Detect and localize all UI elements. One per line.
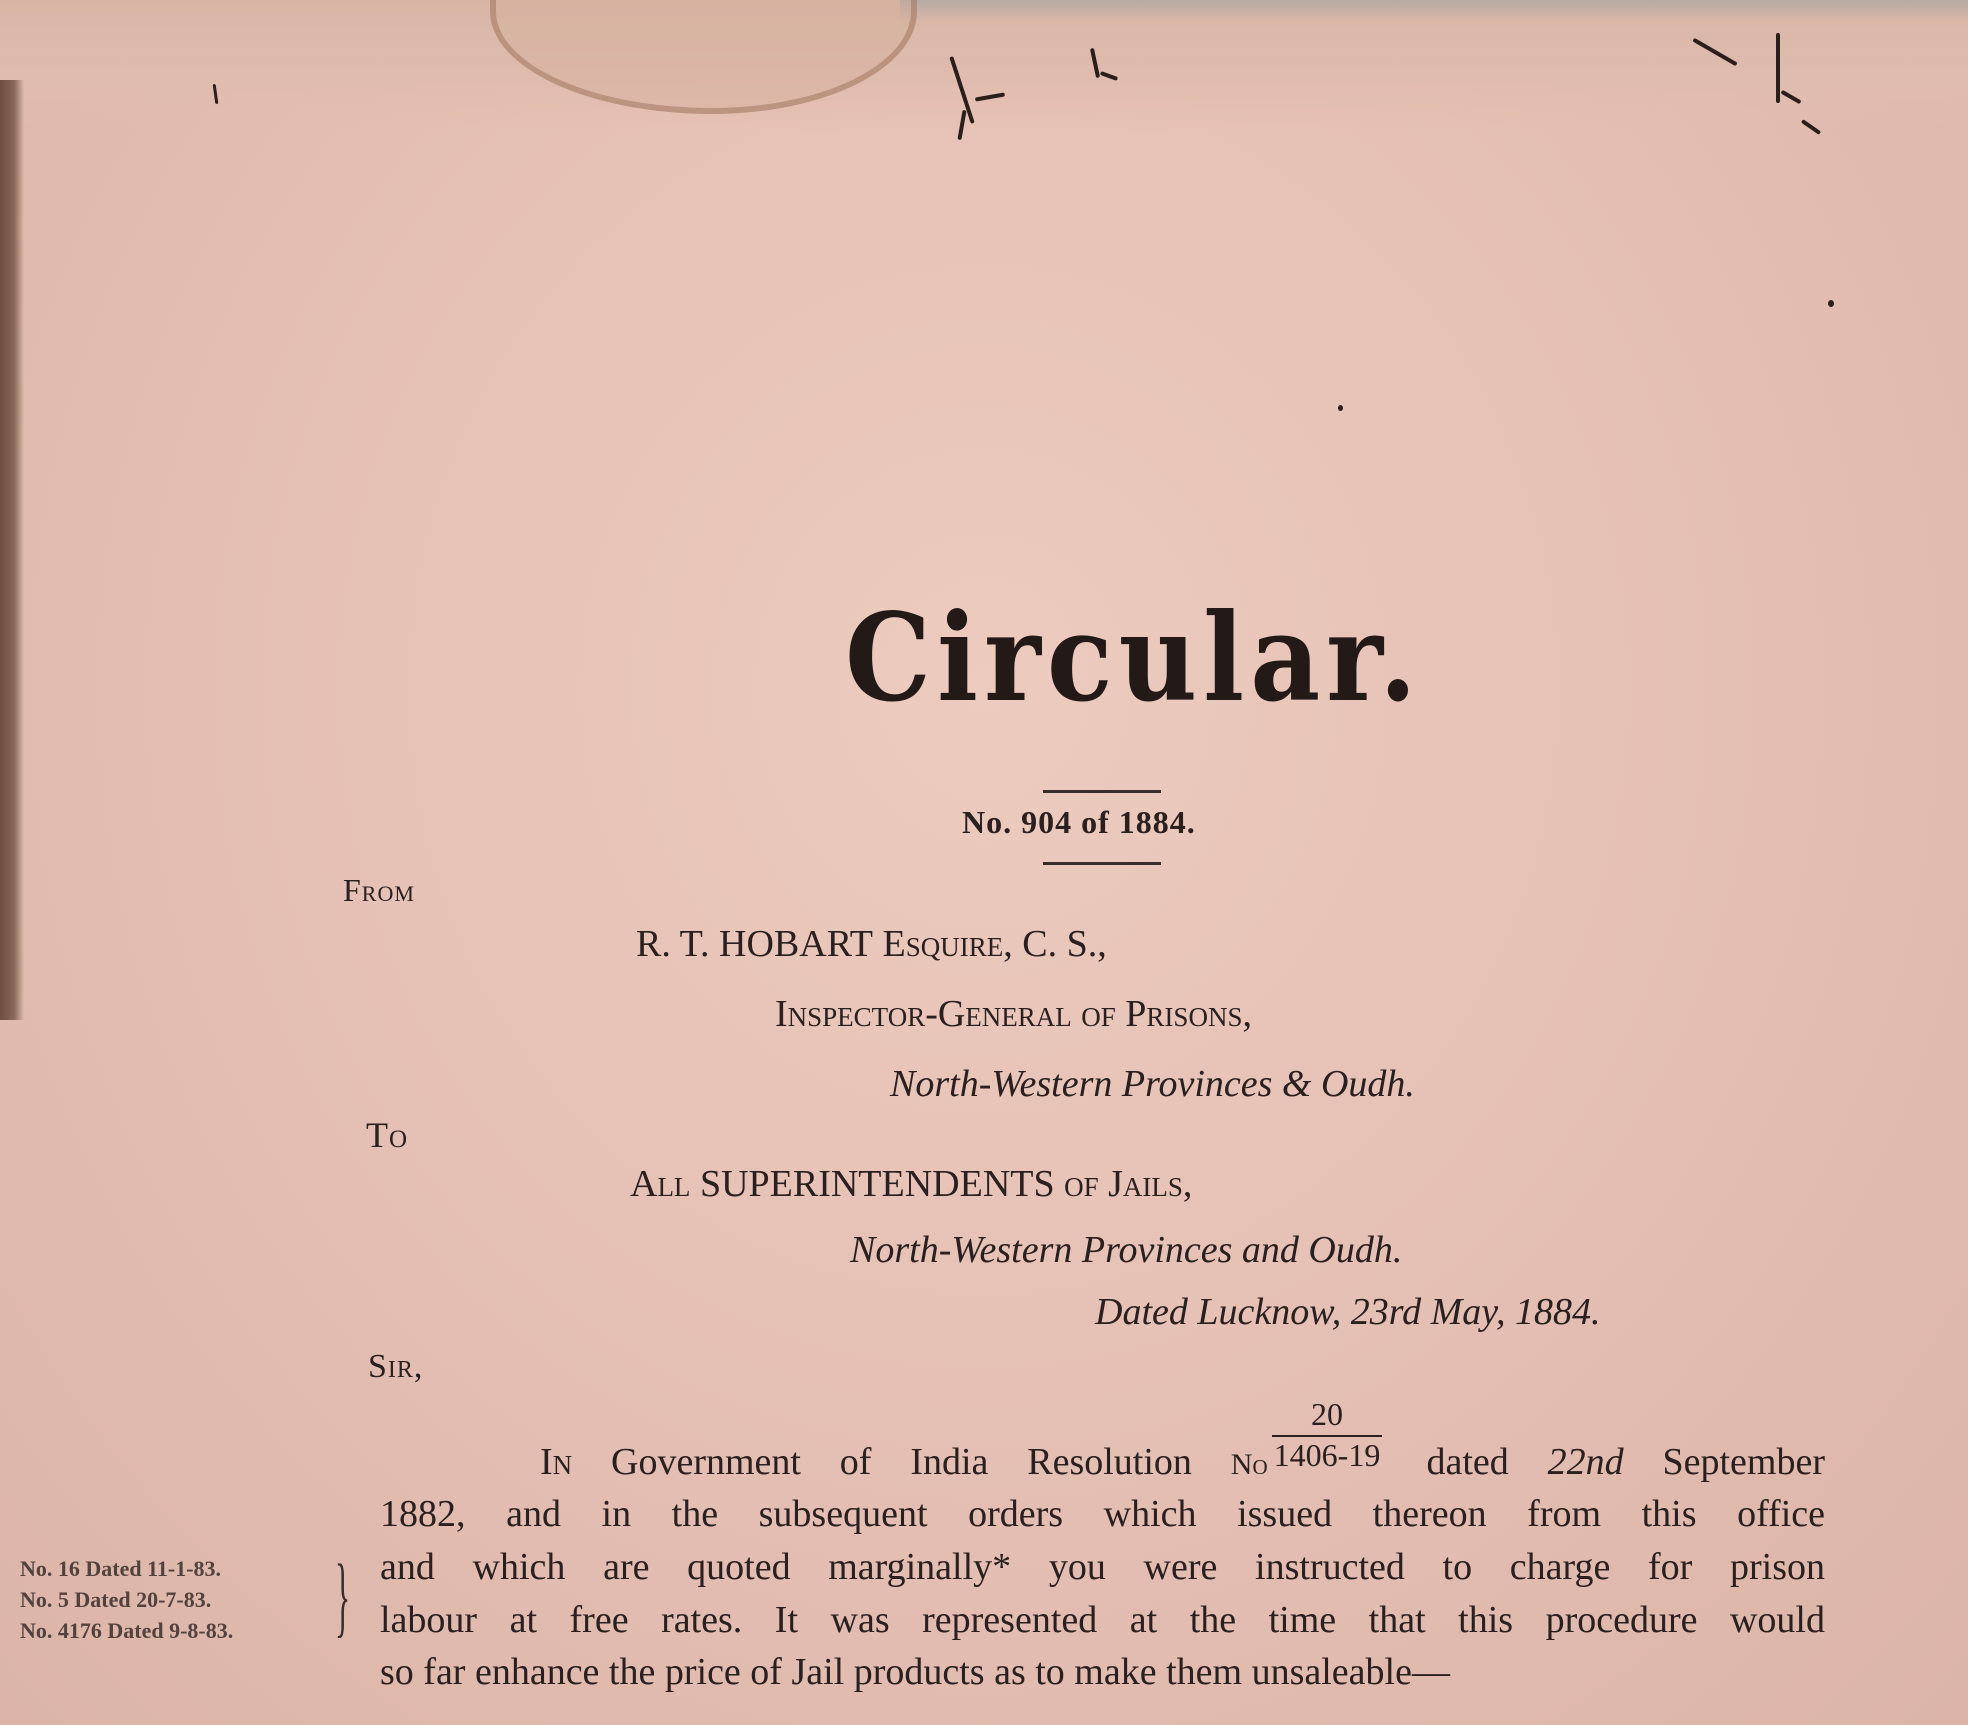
body-no-abbrev: No	[1231, 1448, 1268, 1481]
body-line-3: and which are quoted marginally* you wer…	[380, 1545, 1825, 1589]
recipient-region: North-Western Provinces and Oudh.	[850, 1228, 1402, 1272]
sender-name-main: R. T. HOBART	[636, 923, 873, 965]
body-line-5: so far enhance the price of Jail product…	[380, 1650, 1825, 1694]
sender-title: Esquire, C. S.,	[873, 923, 1107, 965]
body-text: dated	[1388, 1441, 1548, 1483]
title-rule-bottom	[1043, 862, 1161, 865]
marginal-note-line: No. 5 Dated 20-7-83.	[20, 1584, 233, 1615]
body-line-4: labour at free rates. It was represented…	[380, 1598, 1825, 1642]
fraction-numerator: 20	[1272, 1396, 1382, 1435]
sender-region: North-Western Provinces & Oudh.	[890, 1062, 1415, 1106]
recipient: All SUPERINTENDENTS of Jails,	[630, 1162, 1192, 1206]
document-title: Circular.	[845, 588, 1423, 729]
body-text: Government of India Resolution	[572, 1441, 1231, 1483]
to-label: To	[366, 1114, 408, 1156]
recipient-all: All	[630, 1163, 690, 1205]
marginal-note: No. 16 Dated 11-1-83. No. 5 Dated 20-7-8…	[20, 1553, 233, 1646]
recipient-of-jails: of Jails,	[1055, 1163, 1193, 1205]
circular-number: No. 904 of 1884.	[962, 804, 1196, 841]
sender-office: Inspector-General of Prisons,	[775, 992, 1252, 1036]
body-line-2: 1882, and in the subsequent orders which…	[380, 1492, 1825, 1536]
marginal-note-line: No. 16 Dated 11-1-83.	[20, 1553, 233, 1584]
salutation: Sir,	[368, 1348, 423, 1386]
body-initial-word: In	[540, 1441, 572, 1483]
body-line-1: In Government of India Resolution No dat…	[540, 1440, 1825, 1484]
recipient-main: SUPERINTENDENTS	[690, 1163, 1054, 1205]
torn-edge	[900, 0, 1968, 22]
title-rule-top	[1043, 790, 1161, 793]
binding-edge-shadow	[0, 80, 24, 1020]
body-text: September	[1624, 1441, 1825, 1483]
marginal-note-line: No. 4176 Dated 9-8-83.	[20, 1615, 233, 1646]
from-label: From	[343, 872, 415, 909]
sender-name: R. T. HOBART Esquire, C. S.,	[636, 922, 1107, 966]
date-line: Dated Lucknow, 23rd May, 1884.	[1095, 1290, 1601, 1334]
marginal-brace-icon: }	[335, 1552, 350, 1642]
body-date-italic: 22nd	[1548, 1441, 1624, 1483]
